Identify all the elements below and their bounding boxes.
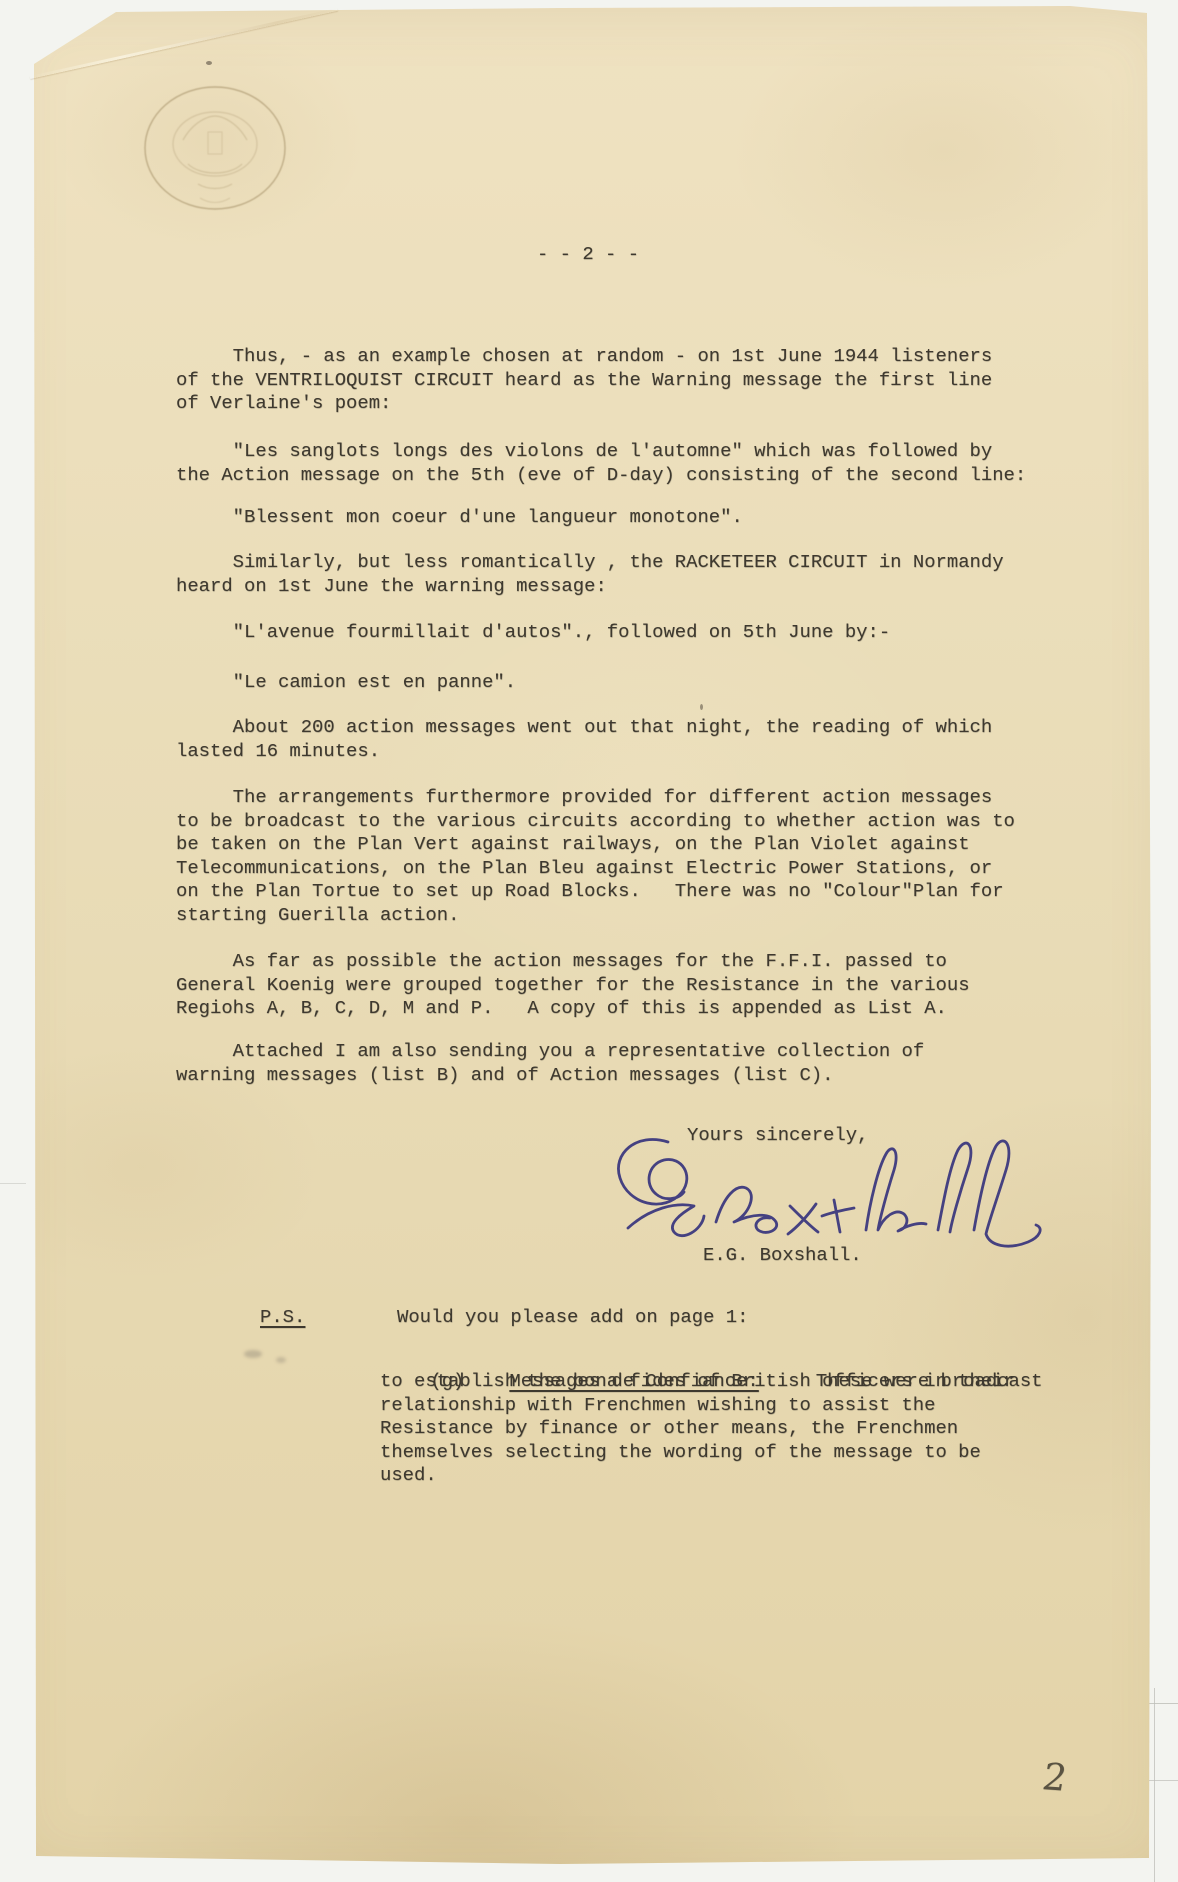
backing-ruled-line <box>1154 1688 1155 1882</box>
pencil-smudge <box>276 1357 286 1363</box>
body-paragraph: Similarly, but less romantically , the R… <box>176 551 1004 598</box>
body-paragraph: "L'avenue fourmillait d'autos"., followe… <box>176 621 890 645</box>
body-paragraph: Thus, - as an example chosen at random -… <box>176 345 992 416</box>
letter-page <box>0 0 1178 1882</box>
backing-tick-mark <box>1147 1780 1178 1781</box>
typed-signature-name: E.G. Boxshall. <box>703 1244 862 1268</box>
postscript-item-body: to establish the bona fides of British o… <box>380 1370 1015 1488</box>
body-paragraph: "Blessent mon coeur d'une langueur monot… <box>176 506 743 530</box>
pencil-smudge <box>244 1350 262 1358</box>
body-paragraph: About 200 action messages went out that … <box>176 716 992 763</box>
ink-speck <box>206 61 212 65</box>
postscript-intro: Would you please add on page 1: <box>397 1306 748 1330</box>
body-paragraph: The arrangements furthermore provided fo… <box>176 786 1015 927</box>
page-number-header: - - 2 - - <box>537 243 639 267</box>
body-paragraph: "Le camion est en panne". <box>176 671 516 695</box>
embossed-seal <box>138 80 293 220</box>
body-paragraph: "Les sanglots longs des violons de l'aut… <box>176 440 1026 487</box>
body-paragraph: Attached I am also sending you a represe… <box>176 1040 924 1087</box>
postscript-label: P.S. <box>260 1306 305 1330</box>
body-paragraph: As far as possible the action messages f… <box>176 950 970 1021</box>
ink-speck <box>700 704 703 710</box>
backing-tick-mark <box>1145 1703 1178 1704</box>
backing-tick-mark <box>0 1183 26 1184</box>
document-scan: - - 2 - - Thus, - as an example chosen a… <box>0 0 1178 1882</box>
